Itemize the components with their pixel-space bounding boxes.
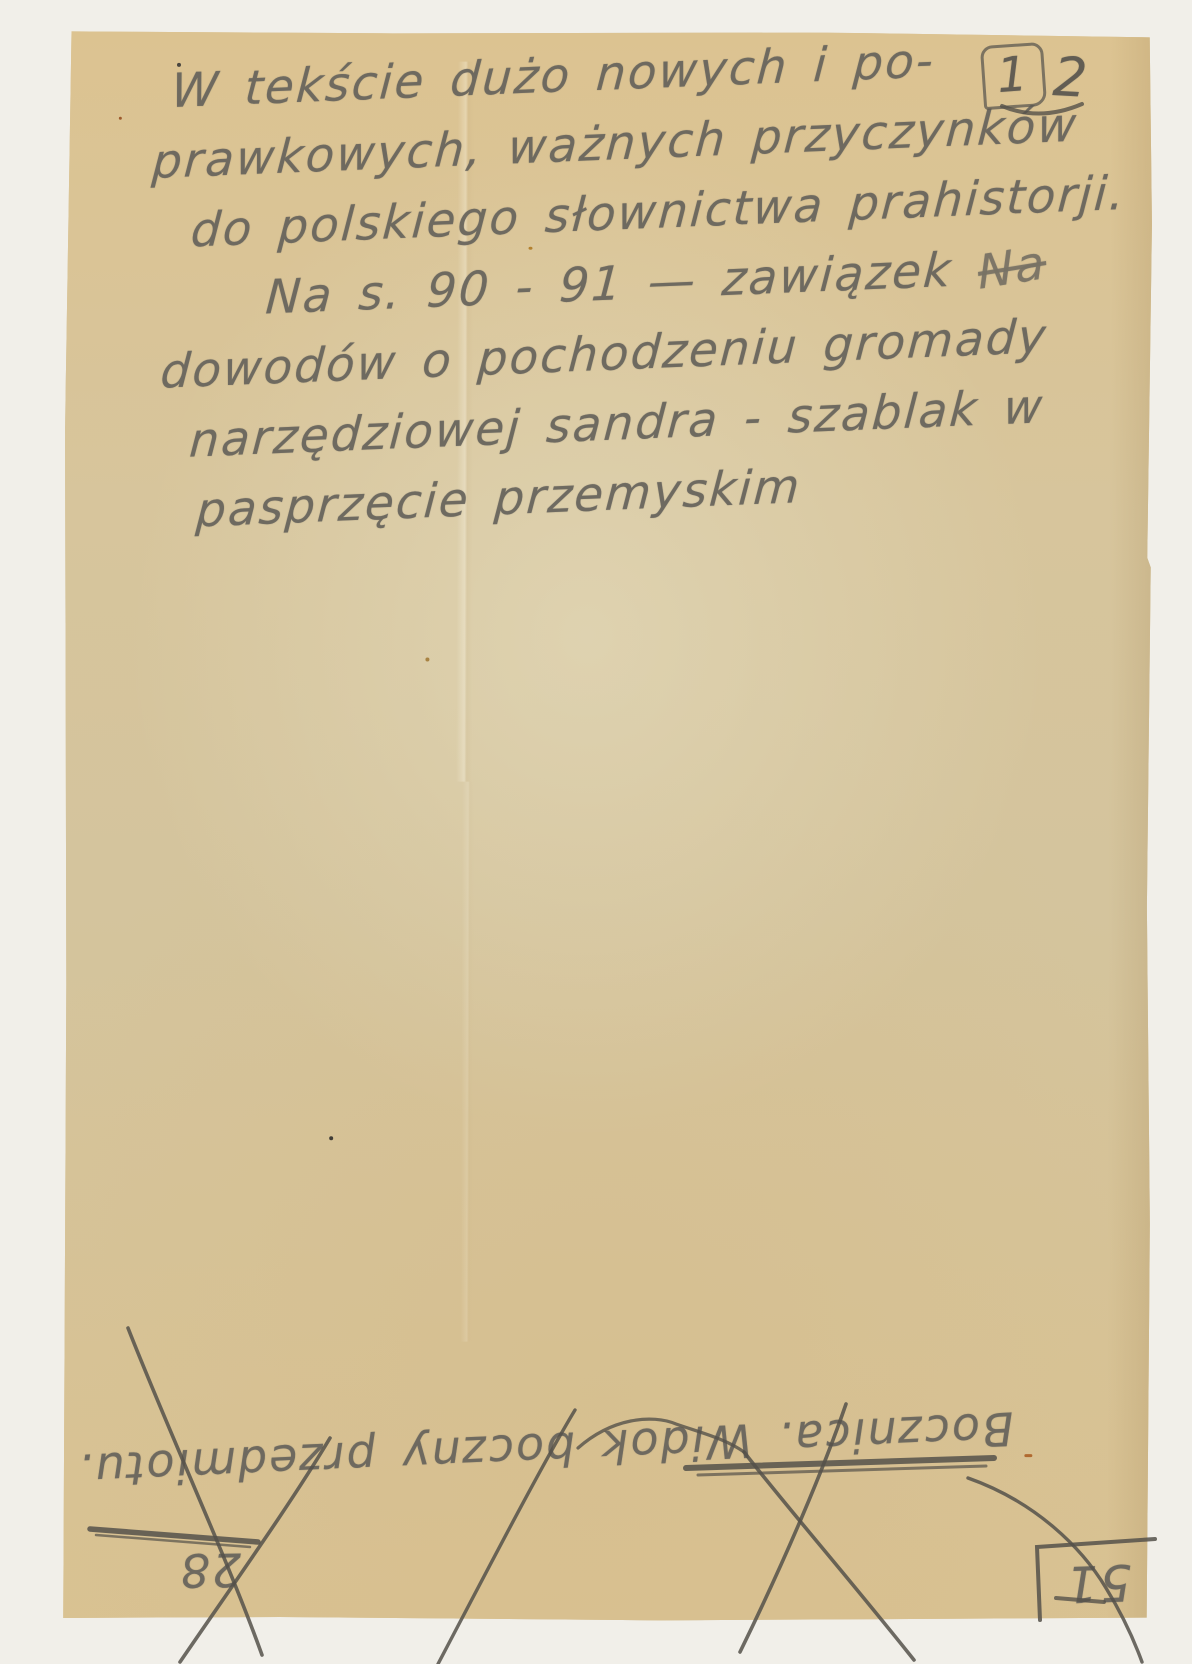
paper-speck xyxy=(329,1136,333,1140)
paper-speck xyxy=(425,658,429,662)
struck-word: Na xyxy=(976,228,1048,308)
scanned-document: W tekście dużo nowych i po- prawkowych, … xyxy=(0,0,1192,1664)
page-number-mark: 1 2 xyxy=(982,44,1089,109)
inverted-number-51: 51 xyxy=(1049,1546,1147,1615)
paper-speck xyxy=(119,117,122,120)
paper-crease xyxy=(461,782,474,1342)
adjacent-page-number: 2 xyxy=(1051,45,1091,110)
boxed-page-number: 1 xyxy=(980,42,1047,110)
inverted-number-28: 28 xyxy=(168,1539,253,1598)
paper-speck xyxy=(1024,1454,1032,1457)
